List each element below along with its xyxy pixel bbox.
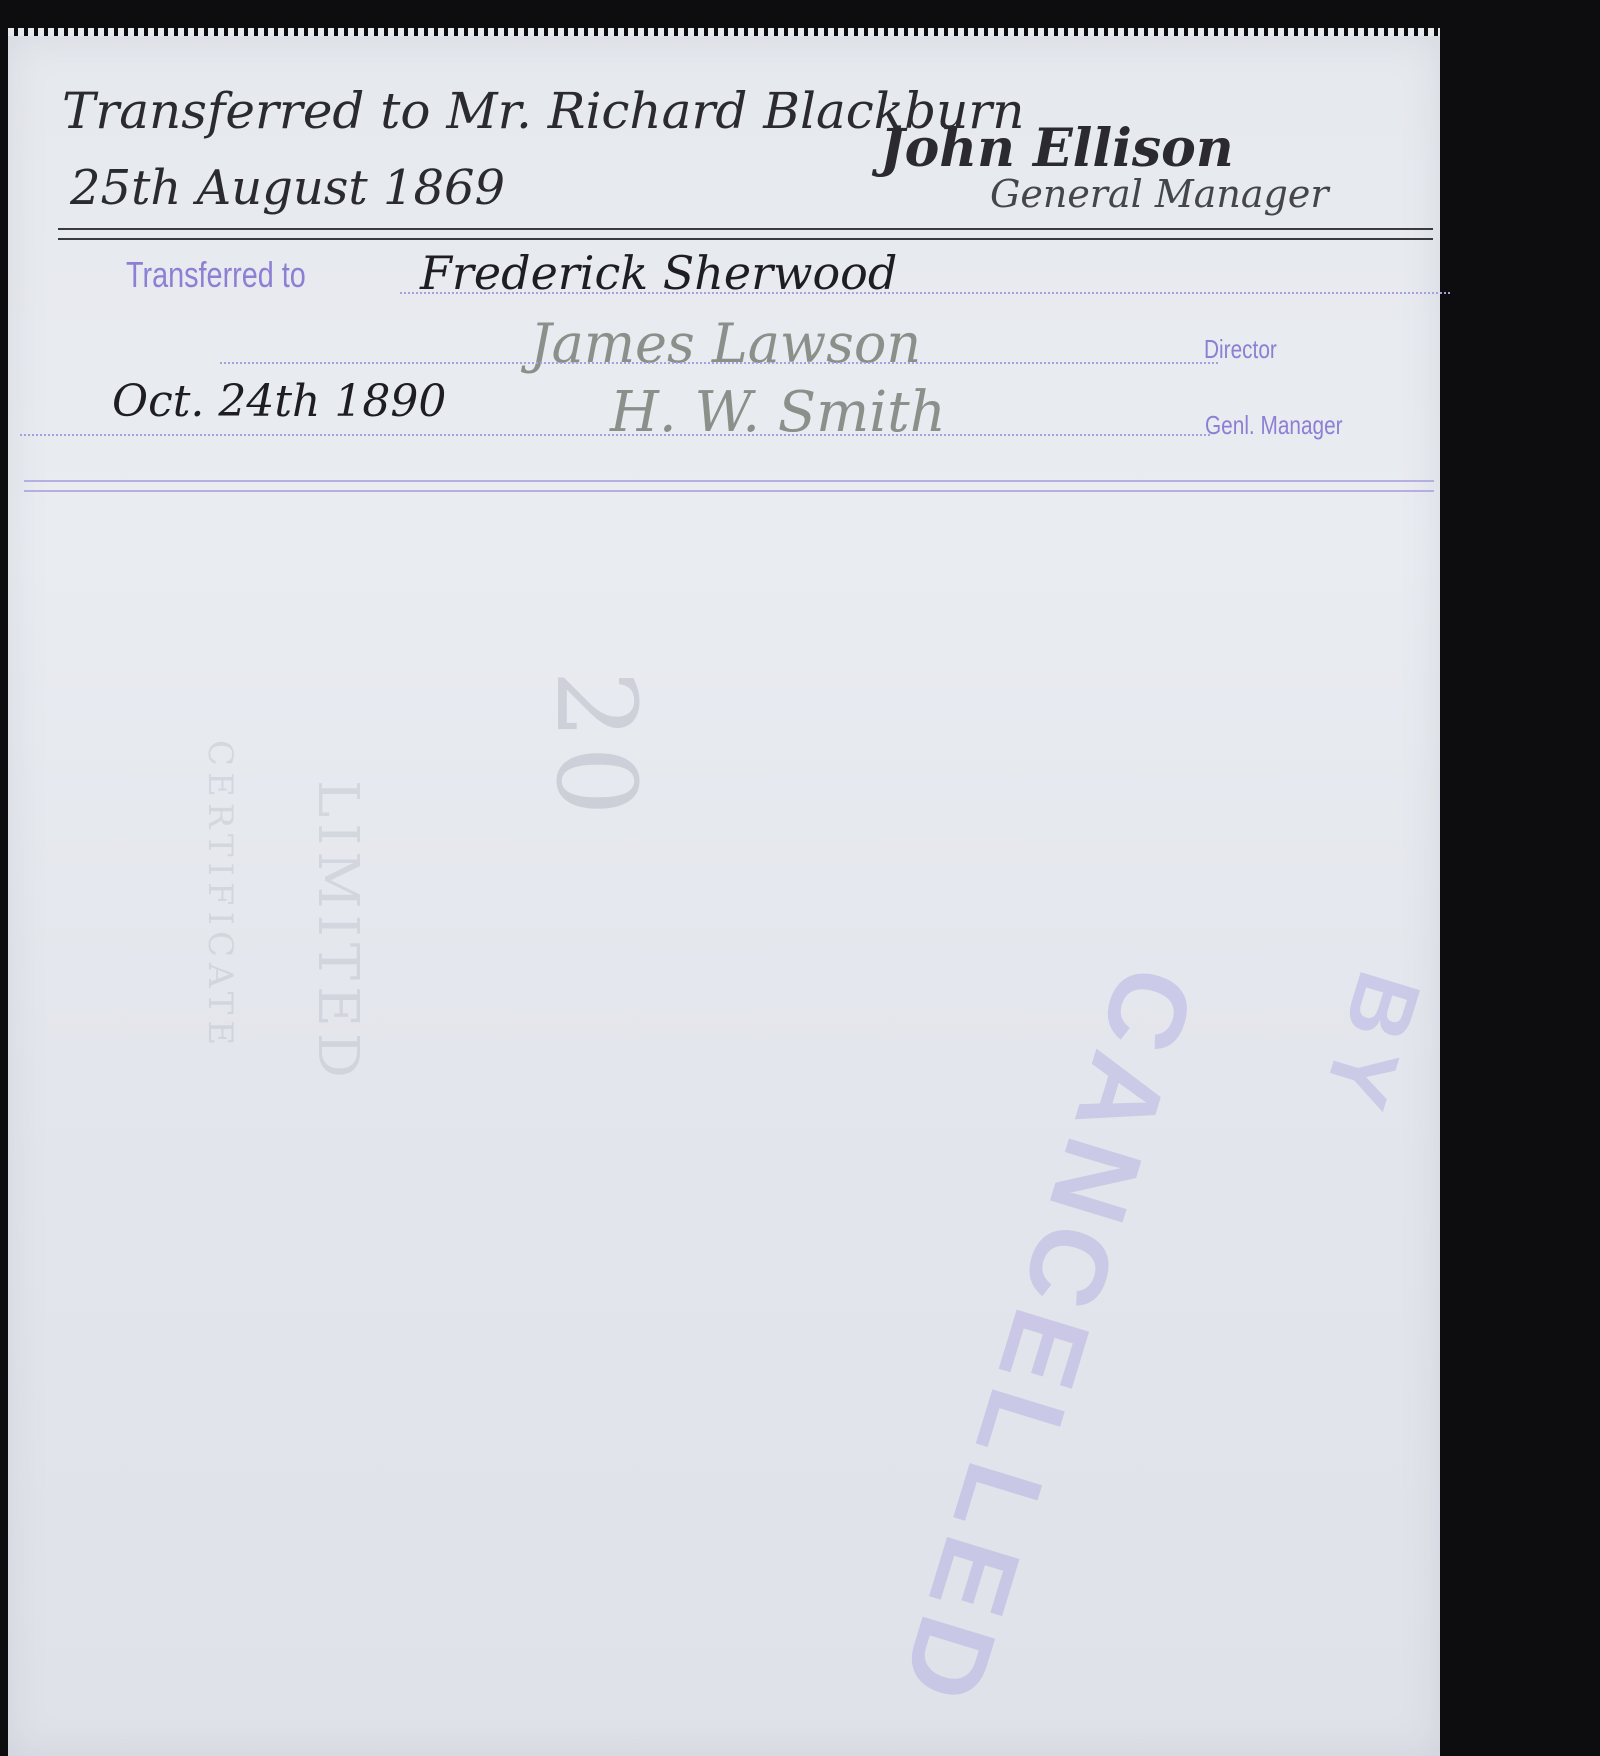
signature-lawson: James Lawson — [530, 312, 921, 375]
double-rule-bottom — [58, 238, 1433, 240]
section-rule-1 — [24, 480, 1434, 482]
director-line — [220, 362, 1220, 364]
transfer-date-1869: 25th August 1869 — [70, 160, 505, 216]
ghost-numeral: 20 — [532, 670, 660, 822]
ghost-mirrored-fragment: CERTIFICATE — [200, 740, 240, 1051]
title-general-manager: General Manager — [990, 172, 1329, 216]
transfer-date-1890: Oct. 24th 1890 — [112, 376, 446, 427]
section-rule-2 — [24, 490, 1434, 492]
label-director: Director — [1204, 334, 1277, 365]
transferee-line — [400, 292, 1450, 294]
label-genl-manager: Genl. Manager — [1205, 410, 1343, 441]
double-rule-top — [58, 228, 1433, 230]
printed-transferred-to: Transferred to — [126, 254, 306, 296]
signature-ellison: John Ellison — [880, 118, 1234, 179]
manager-line — [20, 434, 1210, 436]
ghost-mirrored-word: LIMITED — [305, 780, 370, 1084]
